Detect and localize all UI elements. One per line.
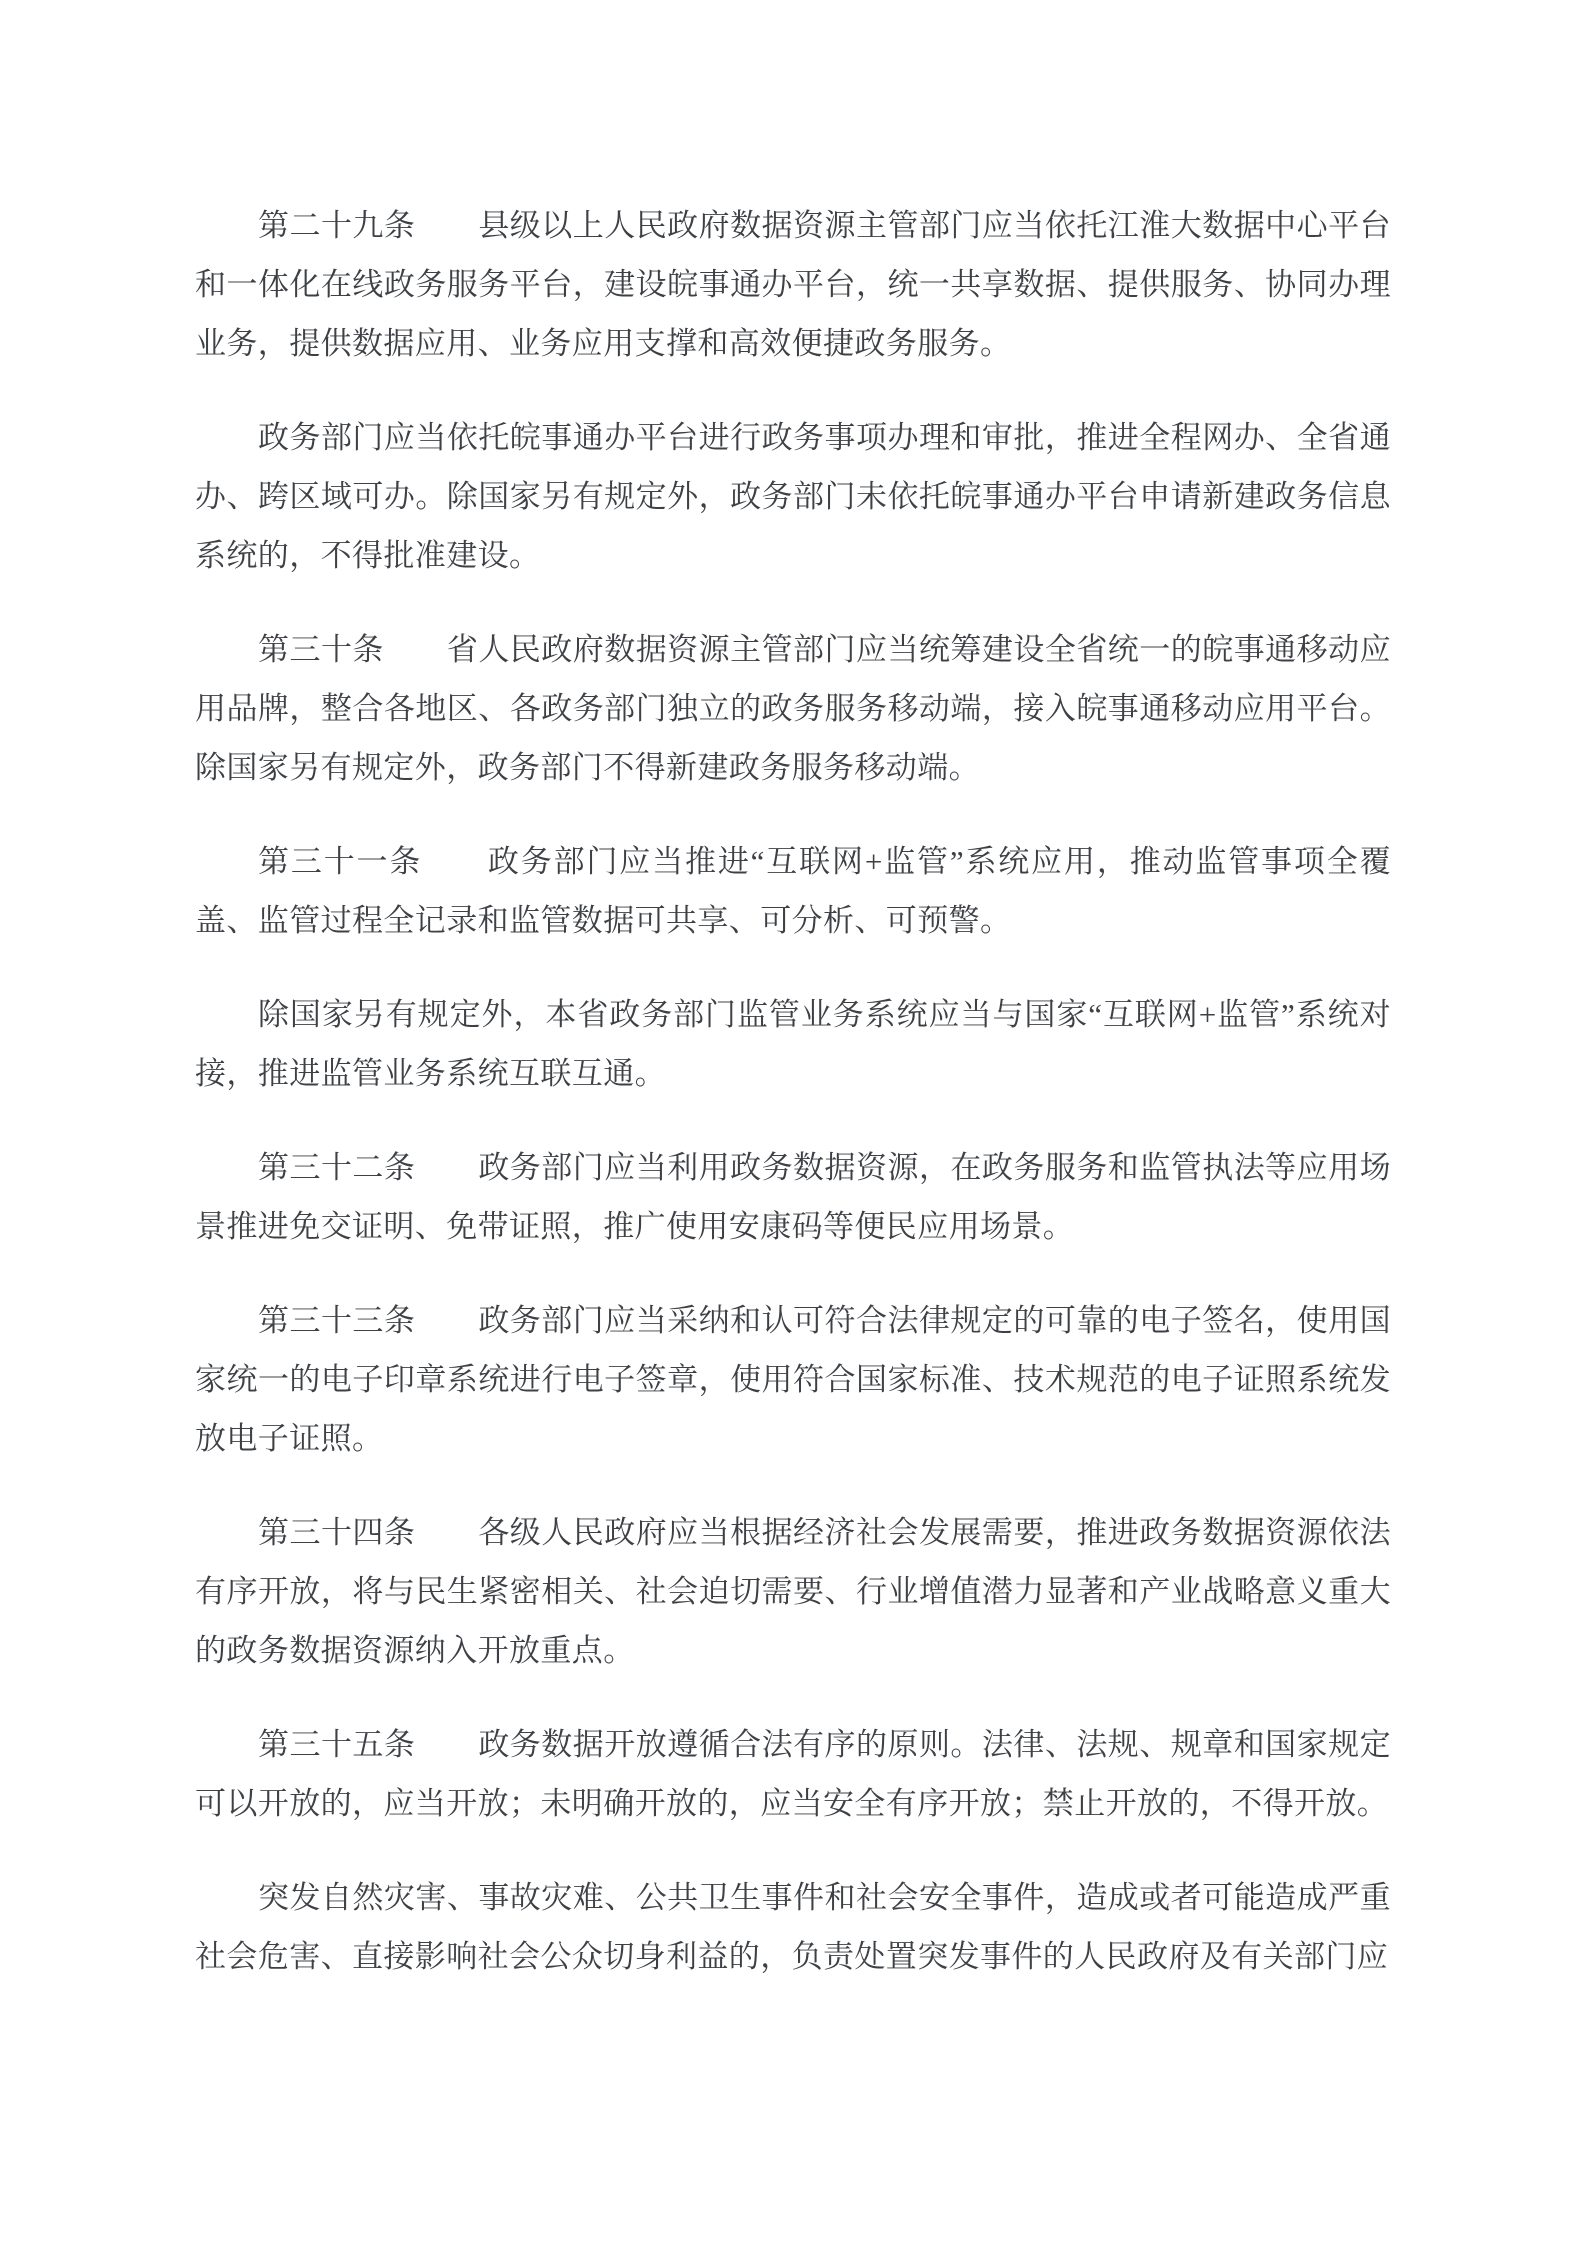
article-30-paragraph: 第三十条 省人民政府数据资源主管部门应当统筹建设全省统一的皖事通移动应用品牌，整… [195, 620, 1391, 797]
article-29-continuation: 政务部门应当依托皖事通办平台进行政务事项办理和审批，推进全程网办、全省通办、跨区… [195, 408, 1391, 585]
document-body: 第二十九条 县级以上人民政府数据资源主管部门应当依托江淮大数据中心平台和一体化在… [195, 196, 1391, 2021]
article-35-paragraph: 第三十五条 政务数据开放遵循合法有序的原则。法律、法规、规章和国家规定可以开放的… [195, 1715, 1391, 1833]
article-34-paragraph: 第三十四条 各级人民政府应当根据经济社会发展需要，推进政务数据资源依法有序开放，… [195, 1503, 1391, 1680]
article-33-paragraph: 第三十三条 政务部门应当采纳和认可符合法律规定的可靠的电子签名，使用国家统一的电… [195, 1291, 1391, 1468]
document-page: 第二十九条 县级以上人民政府数据资源主管部门应当依托江淮大数据中心平台和一体化在… [0, 0, 1586, 2244]
article-31-continuation: 除国家另有规定外，本省政务部门监管业务系统应当与国家“互联网+监管”系统对接，推… [195, 985, 1391, 1103]
article-29-paragraph: 第二十九条 县级以上人民政府数据资源主管部门应当依托江淮大数据中心平台和一体化在… [195, 196, 1391, 373]
article-31-paragraph: 第三十一条 政务部门应当推进“互联网+监管”系统应用，推动监管事项全覆盖、监管过… [195, 832, 1391, 950]
article-35-continuation: 突发自然灾害、事故灾难、公共卫生事件和社会安全事件，造成或者可能造成严重社会危害… [195, 1868, 1391, 1986]
article-32-paragraph: 第三十二条 政务部门应当利用政务数据资源，在政务服务和监管执法等应用场景推进免交… [195, 1138, 1391, 1256]
